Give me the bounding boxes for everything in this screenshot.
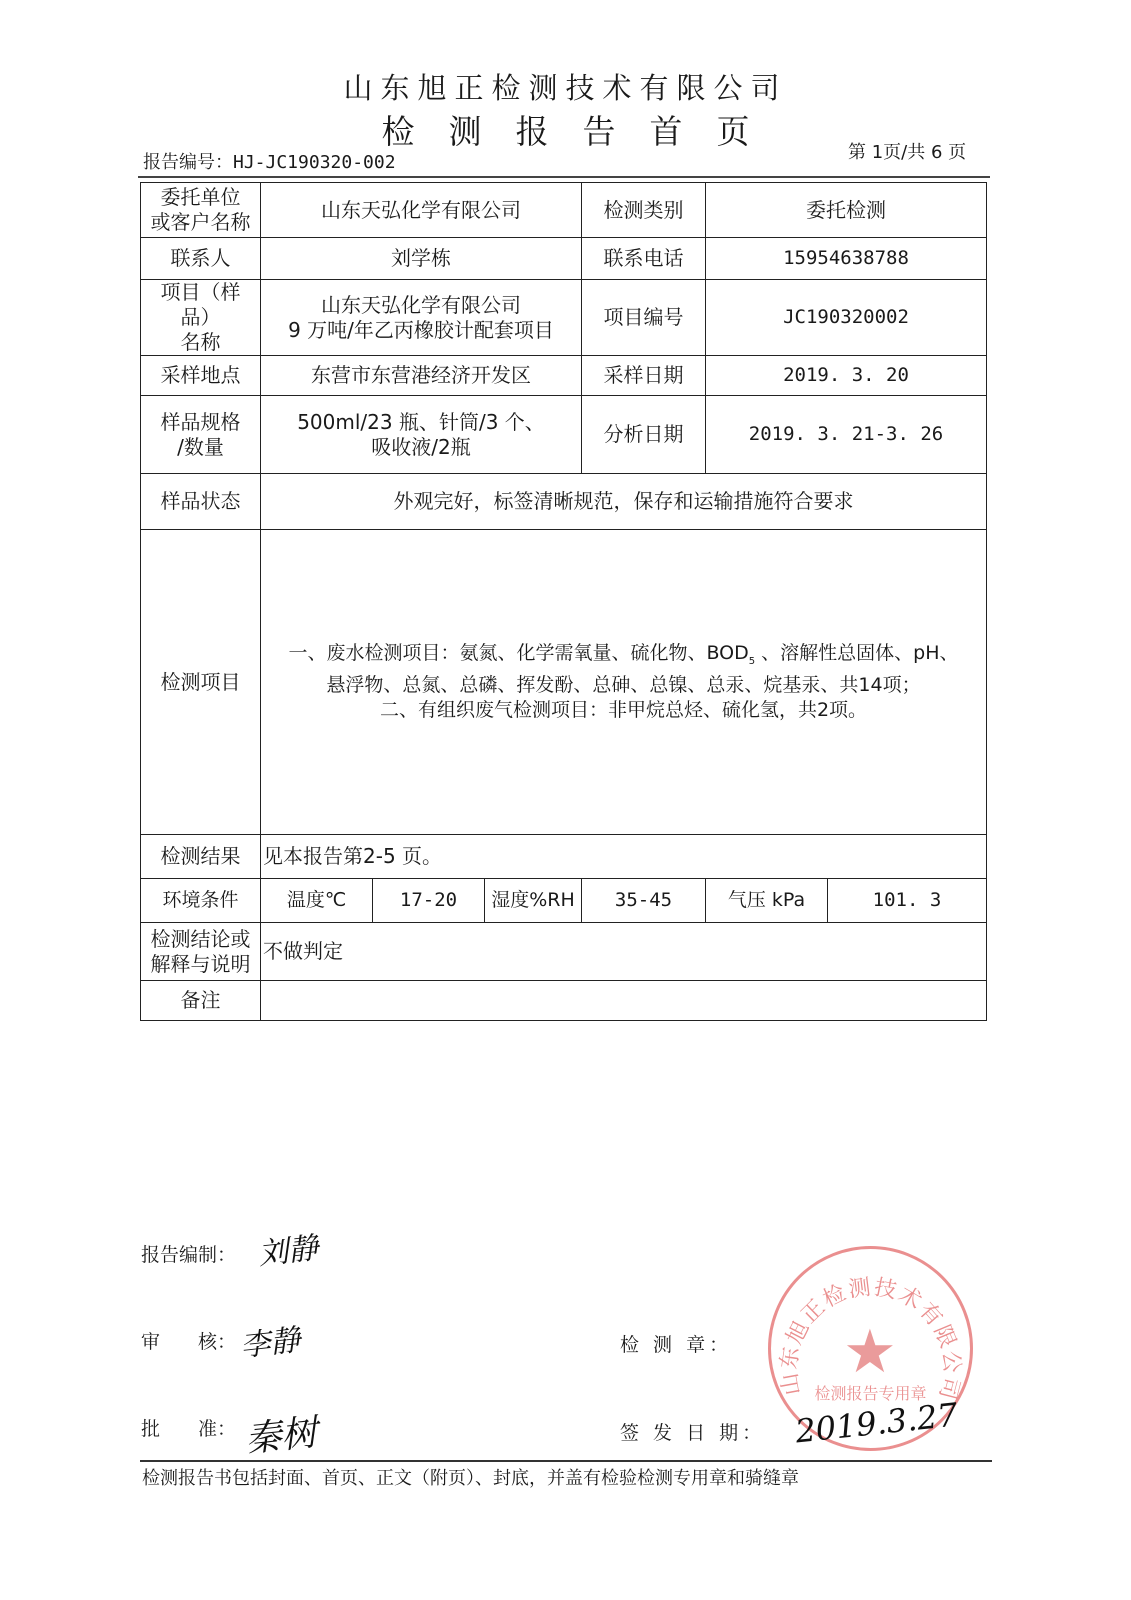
- sample-state-label: 样品状态: [141, 474, 261, 530]
- sampling-date-label: 采样日期: [582, 356, 706, 396]
- report-number-label: 报告编号：: [143, 152, 233, 173]
- footer-divider: [140, 1460, 992, 1462]
- remarks-label: 备注: [141, 981, 261, 1021]
- phone-value: 15954638788: [706, 238, 987, 280]
- test-items-value: 一、废水检测项目：氨氮、化学需氧量、硫化物、BOD5 、溶解性总固体、pH、 悬…: [261, 530, 987, 835]
- phone-label: 联系电话: [582, 238, 706, 280]
- approved-by-label: 批 准：: [141, 1414, 236, 1441]
- spec-label: 样品规格/数量: [141, 396, 261, 474]
- results-label: 检测结果: [141, 835, 261, 879]
- report-summary-table: 委托单位或客户名称 山东天弘化学有限公司 检测类别 委托检测 联系人 刘学栋 联…: [140, 182, 987, 1021]
- table-row: 联系人 刘学栋 联系电话 15954638788: [141, 238, 987, 280]
- approved-by-signature: 秦树: [243, 1404, 320, 1462]
- table-row: 备注: [141, 981, 987, 1021]
- company-name: 山东旭正检测技术有限公司: [0, 66, 1131, 107]
- env-pressure-value: 101. 3: [828, 879, 987, 923]
- spec-value: 500ml/23 瓶、针筒/3 个、吸收液/2瓶: [261, 396, 582, 474]
- sampling-site-value: 东营市东营港经济开发区: [261, 356, 582, 396]
- project-value: 山东天弘化学有限公司9 万吨/年乙丙橡胶计配套项目: [261, 280, 582, 356]
- stamp-label: 检 测 章：: [620, 1330, 732, 1357]
- table-row: 项目（样品）名称 山东天弘化学有限公司9 万吨/年乙丙橡胶计配套项目 项目编号 …: [141, 280, 987, 356]
- header-divider: [138, 176, 990, 178]
- contact-label: 联系人: [141, 238, 261, 280]
- footer-note: 检测报告书包括封面、首页、正文（附页）、封底，并盖有检验检测专用章和骑缝章: [142, 1464, 799, 1490]
- analysis-date-value: 2019. 3. 21-3. 26: [706, 396, 987, 474]
- env-humidity-value: 35-45: [582, 879, 706, 923]
- prepared-by-label: 报告编制：: [141, 1240, 236, 1267]
- table-row: 样品规格/数量 500ml/23 瓶、针筒/3 个、吸收液/2瓶 分析日期 20…: [141, 396, 987, 474]
- env-humidity-label: 湿度%RH: [485, 879, 582, 923]
- table-row: 样品状态 外观完好，标签清晰规范，保存和运输措施符合要求: [141, 474, 987, 530]
- conclusion-value: 不做判定: [261, 923, 987, 981]
- env-temp-value: 17-20: [373, 879, 485, 923]
- client-value: 山东天弘化学有限公司: [261, 183, 582, 238]
- env-label: 环境条件: [141, 879, 261, 923]
- table-row: 检测结果 见本报告第2-5 页。: [141, 835, 987, 879]
- issue-date-label: 签 发 日 期：: [620, 1418, 765, 1445]
- contact-value: 刘学栋: [261, 238, 582, 280]
- table-row: 检测结论或解释与说明 不做判定: [141, 923, 987, 981]
- client-label: 委托单位或客户名称: [141, 183, 261, 238]
- env-temp-label: 温度℃: [261, 879, 373, 923]
- test-items-label: 检测项目: [141, 530, 261, 835]
- reviewed-by-signature: 李静: [238, 1315, 302, 1365]
- project-no-label: 项目编号: [582, 280, 706, 356]
- analysis-date-label: 分析日期: [582, 396, 706, 474]
- report-number-value: HJ-JC190320-002: [233, 152, 396, 173]
- table-row: 检测项目 一、废水检测项目：氨氮、化学需氧量、硫化物、BOD5 、溶解性总固体、…: [141, 530, 987, 835]
- report-number: 报告编号：HJ-JC190320-002: [143, 148, 396, 174]
- remarks-value: [261, 981, 987, 1021]
- conclusion-label: 检测结论或解释与说明: [141, 923, 261, 981]
- page-info: 第 1页/共 6 页: [848, 138, 966, 164]
- project-no-value: JC190320002: [706, 280, 987, 356]
- project-label: 项目（样品）名称: [141, 280, 261, 356]
- table-row: 采样地点 东营市东营港经济开发区 采样日期 2019. 3. 20: [141, 356, 987, 396]
- prepared-by-signature: 刘静: [256, 1223, 320, 1273]
- star-icon: ★: [843, 1317, 897, 1387]
- test-type-label: 检测类别: [582, 183, 706, 238]
- table-row: 委托单位或客户名称 山东天弘化学有限公司 检测类别 委托检测: [141, 183, 987, 238]
- results-value: 见本报告第2-5 页。: [261, 835, 987, 879]
- sampling-site-label: 采样地点: [141, 356, 261, 396]
- sample-state-value: 外观完好，标签清晰规范，保存和运输措施符合要求: [261, 474, 987, 530]
- env-pressure-label: 气压 kPa: [706, 879, 828, 923]
- test-type-value: 委托检测: [706, 183, 987, 238]
- table-row: 环境条件 温度℃ 17-20 湿度%RH 35-45 气压 kPa 101. 3: [141, 879, 987, 923]
- reviewed-by-label: 审 核：: [141, 1327, 236, 1354]
- sampling-date-value: 2019. 3. 20: [706, 356, 987, 396]
